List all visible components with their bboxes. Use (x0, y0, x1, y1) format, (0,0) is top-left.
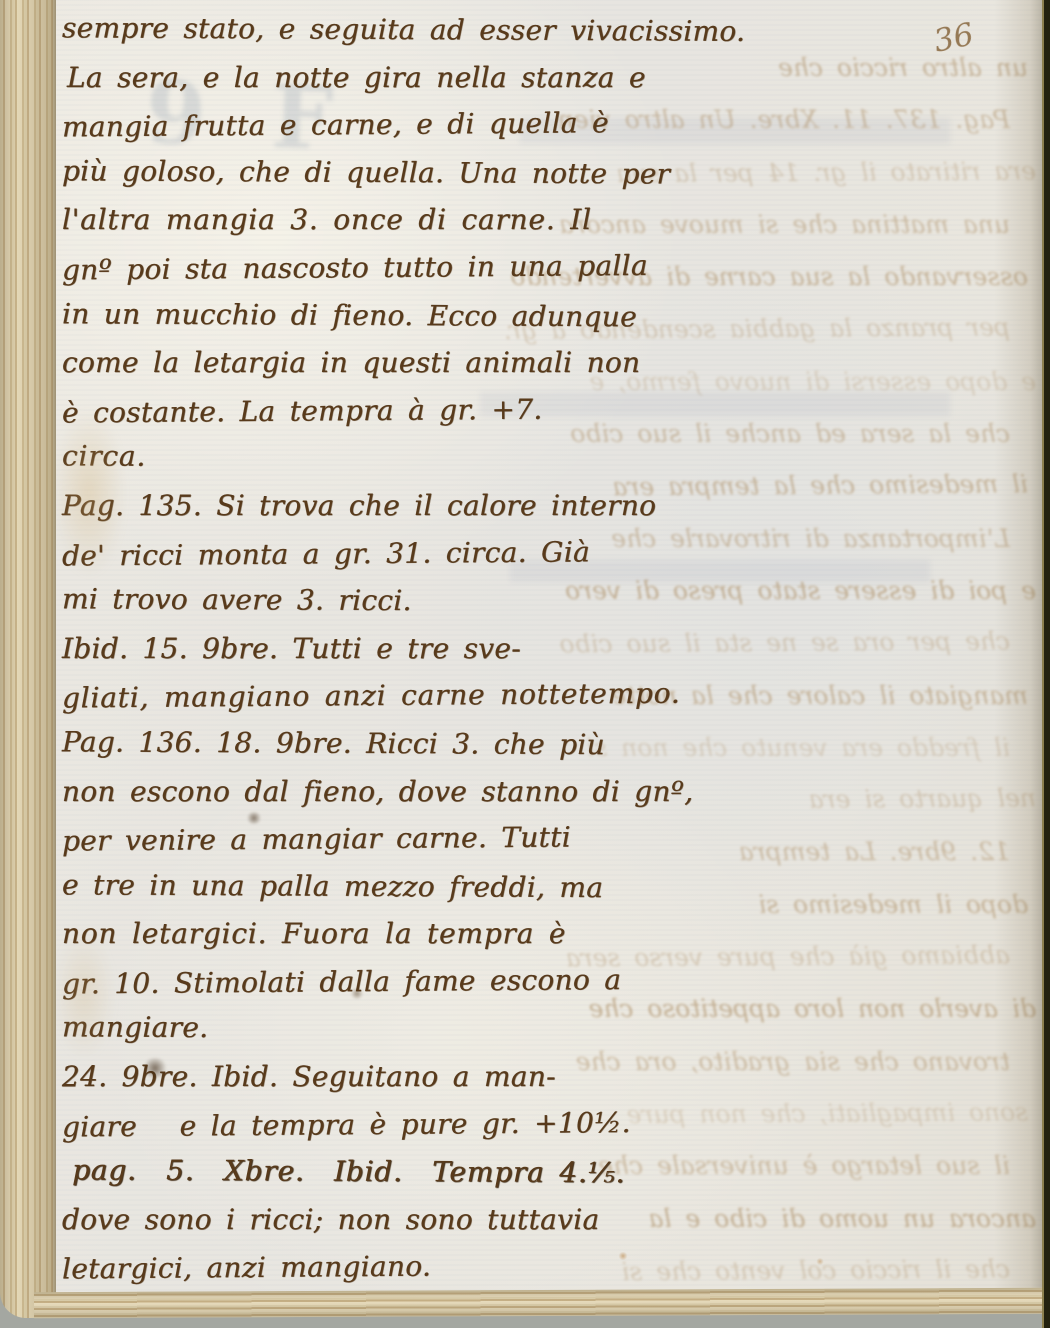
manuscript-scan: 9 F un altro riccio chePag. 137. 11. Xbr… (0, 0, 1050, 1328)
manuscript-page: 9 F un altro riccio chePag. 137. 11. Xbr… (50, 0, 1046, 1296)
book-page-edges-bottom (34, 1288, 1042, 1318)
manuscript-line: mangiare. (62, 1004, 702, 1055)
manuscript-line: gr. 10. Stimolati dalla fame escono a (62, 955, 702, 1008)
book-page-edges-left (0, 0, 56, 1318)
manuscript-line: come la letargia in questi animali non (62, 339, 702, 387)
manuscript-line: più goloso, che di quella. Una notte per (62, 147, 702, 198)
manuscript-line: per venire a mangiar carne. Tutti (62, 813, 702, 866)
manuscript-line: pag. 5. Xbre. Ibid. Tempra 4.⅕. (62, 1147, 702, 1198)
manuscript-line: gnº poi sta nascosto tutto in una palla (62, 241, 702, 294)
manuscript-text: sempre stato, e seguita ad esser vivacis… (62, 6, 702, 1291)
manuscript-line: sempre stato, e seguita ad esser vivacis… (62, 4, 702, 55)
book-outer-edge (1042, 0, 1050, 1328)
manuscript-line: Pag. 136. 18. 9bre. Ricci 3. che più (62, 718, 702, 769)
manuscript-line: non escono dal fieno, dove stanno di gnº… (62, 768, 702, 816)
manuscript-line: è costante. La tempra à gr. +7. (62, 384, 702, 437)
manuscript-line: circa. (62, 433, 702, 484)
manuscript-line: La sera, e la notte gira nella stanza e (62, 54, 702, 102)
manuscript-line: gliati, mangiano anzi carne nottetempo. (62, 670, 702, 723)
manuscript-line: mangia frutta e carne, e di quella è (62, 99, 702, 152)
manuscript-line: mi trovo avere 3. ricci. (62, 575, 702, 626)
manuscript-line: letargici, anzi mangiano. (62, 1241, 702, 1294)
manuscript-line: giare e la tempra è pure gr. +10½. (62, 1098, 702, 1151)
manuscript-line: in un mucchio di fieno. Ecco adunque (62, 290, 702, 341)
manuscript-line: Ibid. 15. 9bre. Tutti e tre sve- (62, 625, 702, 673)
manuscript-line: e tre in una palla mezzo freddi, ma (62, 861, 702, 912)
manuscript-line: de' ricci monta a gr. 31. circa. Già (62, 527, 702, 580)
manuscript-line: dove sono i ricci; non sono tuttavia (62, 1196, 702, 1244)
manuscript-line: l'altra mangia 3. once di carne. Il (62, 196, 702, 244)
manuscript-line: Pag. 135. Si trova che il calore interno (62, 482, 702, 530)
manuscript-line: non letargici. Fuora la tempra è (62, 910, 702, 958)
manuscript-line: 24. 9bre. Ibid. Seguitano a man- (62, 1053, 702, 1101)
